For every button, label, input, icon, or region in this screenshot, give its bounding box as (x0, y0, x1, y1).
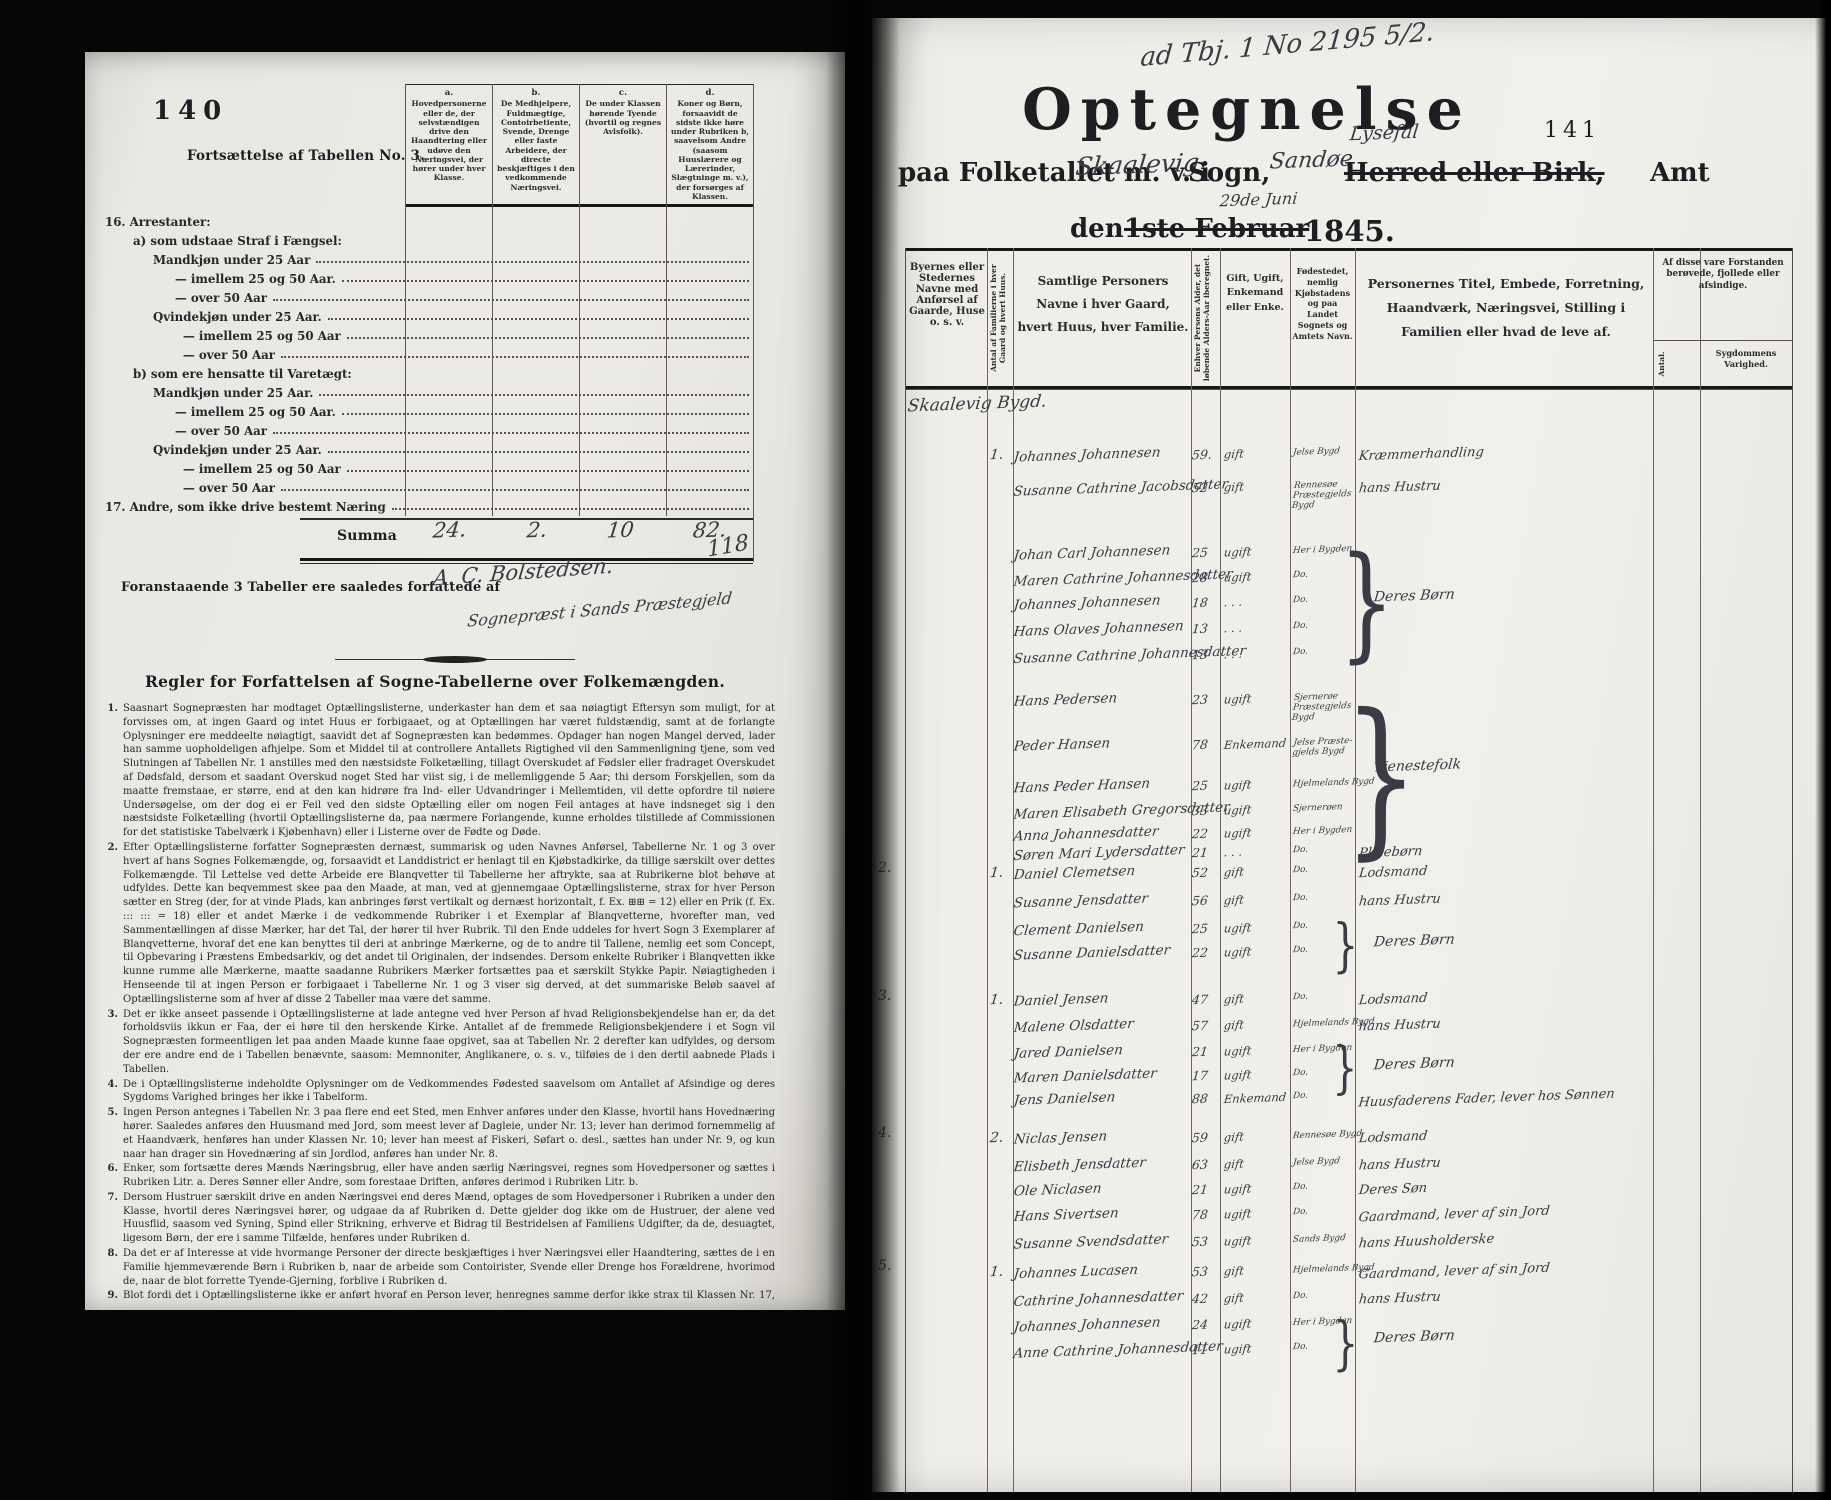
cell-family-number: 1. (989, 992, 1004, 1008)
cell-age: 78 (1191, 737, 1209, 753)
column-letter: b. (495, 88, 577, 98)
row-label: — imellem 25 og 50 Aar (105, 324, 753, 343)
dot-leader (319, 394, 749, 396)
cell-name: Hans Sivertsen (1013, 1205, 1120, 1225)
cell-occupation: Deres Søn (1358, 1181, 1428, 1198)
group-label: Tjenestefolk (1373, 756, 1462, 775)
column-header: b. De Medhjelpere, Fuldmægtige, Contoirb… (492, 86, 580, 202)
row-label: Qvindekjøn under 25 Aar. (105, 438, 753, 457)
dot-leader (273, 432, 749, 434)
cell-name: Jens Danielsen (1013, 1089, 1116, 1109)
cell-occupation: Kræmmerhandling (1358, 445, 1485, 464)
subtitle-amt: Amt (1650, 158, 1710, 188)
cell-status: gift (1223, 480, 1244, 495)
scanned-census-spread: 140 Fortsættelse af Tabellen No. 3. a. H… (0, 0, 1831, 1500)
cell-occupation: Lodsmand (1358, 1129, 1428, 1146)
cell-status: gift (1223, 992, 1244, 1007)
summa-label: Summa (337, 528, 397, 544)
row-label-text: a) som udstaae Straf i Fængsel: (133, 234, 342, 248)
row-label-text: — imellem 25 og 50 Aar. (175, 272, 336, 286)
rule-text: Dersom Hustruer særskilt drive en anden … (123, 1192, 775, 1244)
cell-status: gift (1223, 1018, 1244, 1033)
cell-status: gift (1223, 1291, 1244, 1306)
summa-top-rule (300, 518, 753, 520)
dot-leader (328, 451, 749, 453)
rule-item: 6. Enker, som fortsætte deres Mænds Næri… (99, 1162, 775, 1190)
group-label: Deres Børn (1373, 1055, 1456, 1074)
cell-name: Cathrine Johannesdatter (1013, 1288, 1184, 1310)
row-label: 17. Andre, som ikke drive bestemt Næring (105, 495, 753, 514)
cell-age: 25 (1191, 921, 1209, 937)
census-row: Elisbeth Jensdatter 63 gift Jelse Bygd h… (872, 1157, 1831, 1181)
header-insane: Af disse vare Forstanden berøvede, fjoll… (1657, 258, 1789, 292)
cell-age: 24 (1191, 1317, 1209, 1333)
column-header-text: De under Klassen hørende Tyende (hvortil… (585, 99, 661, 136)
dot-leader (281, 489, 749, 491)
census-row: Ole Niclasen 21 ugift Do. Deres Søn (872, 1182, 1831, 1206)
cell-birthplace: Do. (1292, 921, 1308, 932)
handwritten-correction: Lysefal (1349, 121, 1420, 145)
cell-name: Anna Johannesdatter (1013, 823, 1159, 844)
dot-leader (316, 261, 749, 263)
cell-age: 78 (1191, 1207, 1209, 1223)
group-label: Deres Børn (1373, 932, 1456, 951)
subtitle-year: 1845. (1304, 214, 1395, 248)
cell-status: ugift (1223, 545, 1252, 560)
cell-birthplace: Do. (1292, 1207, 1308, 1218)
cell-age: 21 (1191, 1044, 1209, 1060)
cell-status: ugift (1223, 1234, 1252, 1249)
cell-family-number: 2. (989, 1130, 1004, 1146)
column-header: c. De under Klassen hørende Tyende (hvor… (579, 86, 667, 202)
handwritten-district: Sandøe (1269, 147, 1355, 175)
census-row: 1. Johannes Lucasen 53 gift Hjelmelands … (872, 1264, 1831, 1288)
rule-item: 1. Saasnart Sognepræsten har modtaget Op… (99, 702, 775, 840)
handwritten-date: 29de Juni (1219, 189, 1299, 211)
dot-leader (342, 280, 749, 282)
cell-name: Johannes Lucasen (1013, 1262, 1139, 1282)
cell-family-number: 1. (989, 1264, 1004, 1280)
subtitle-sogn: Sogn, (1188, 158, 1270, 188)
family-number: 4. (878, 1125, 891, 1141)
cell-occupation: hans Hustru (1358, 1017, 1441, 1035)
group-label: Deres Børn (1373, 587, 1456, 606)
cell-occupation: hans Hustru (1358, 479, 1441, 497)
cell-birthplace: Rennesøe Bygd (1292, 1129, 1362, 1142)
cell-name: Daniel Jensen (1013, 990, 1109, 1009)
census-row: Susanne Svendsdatter 53 ugift Sands Bygd… (872, 1234, 1831, 1258)
group-brace (1327, 1309, 1364, 1377)
rule-text: Det er ikke anseet passende i Optællings… (123, 1009, 775, 1075)
dot-leader (328, 318, 749, 320)
rule-text: Da det er af Interesse at vide hvormange… (123, 1248, 775, 1287)
summa-value: 2. (526, 518, 549, 543)
cell-birthplace: Do. (1292, 865, 1308, 876)
census-row: 1. Daniel Jensen 47 gift Do. Lodsmand (872, 992, 1831, 1016)
archival-annotation: ad Tbj. 1 No 2195 5/2. (1139, 17, 1436, 73)
header-families-count: Antal af Familierne i hver Gaard og hver… (990, 254, 1007, 382)
cell-status: . . . (1223, 845, 1243, 860)
row-label-text: — over 50 Aar (175, 424, 267, 438)
cell-name: Malene Olsdatter (1013, 1016, 1135, 1036)
cell-age: 22 (1191, 826, 1209, 842)
rule-number: 8. (99, 1247, 118, 1261)
cell-age: 47 (1191, 992, 1209, 1008)
cell-status: ugift (1223, 1044, 1252, 1059)
cell-name: Johan Carl Johannesen (1013, 542, 1171, 563)
row-label-text: Mandkjøn under 25 Aar (153, 253, 310, 267)
summa-value: 24. (432, 517, 468, 542)
row-label-text: b) som ere hensatte til Varetægt: (133, 367, 352, 381)
cell-birthplace: Do. (1292, 570, 1308, 581)
header-age: Enhver Persons Alder, det løbende Alders… (1194, 254, 1211, 382)
cell-age: 21 (1191, 1182, 1209, 1198)
header-names: Samtlige Personers Navne i hver Gaard, h… (1017, 270, 1189, 338)
cell-birthplace: Do. (1292, 945, 1308, 956)
cell-occupation: Huusfaderens Fader, lever hos Sønnen (1358, 1087, 1616, 1111)
cell-name: Jared Danielsen (1013, 1042, 1124, 1062)
cell-occupation: Gaardmand, lever af sin Jord (1358, 1204, 1551, 1226)
census-row: 1. Johannes Johannesen 59. gift Jelse By… (872, 447, 1831, 471)
cell-name: Clement Danielsen (1013, 919, 1145, 940)
cell-status: gift (1223, 893, 1244, 908)
cell-name: Maren Danielsdatter (1013, 1066, 1158, 1087)
rules-heading: Regler for Forfattelsen af Sogne-Tabelle… (85, 672, 785, 691)
section-divider (335, 656, 575, 663)
cell-status: ugift (1223, 1317, 1252, 1332)
subheader-rule (1653, 340, 1792, 341)
rule-item: 8. Da det er af Interesse at vide hvorma… (99, 1247, 775, 1288)
divider-ornament (423, 656, 487, 663)
cell-status: ugift (1223, 803, 1252, 818)
cell-name: Johannes Johannesen (1013, 1314, 1161, 1335)
row-label-text: — imellem 25 og 50 Aar (183, 462, 341, 476)
cell-age: 13 (1191, 621, 1209, 637)
row-label-text: — over 50 Aar (183, 348, 275, 362)
arrestanter-rows: 16. Arrestanter: a) som udstaae Straf i … (105, 210, 753, 514)
cell-age: 17 (1191, 1068, 1209, 1084)
header-place: Byernes eller Stedernes Navne med Anførs… (908, 262, 986, 328)
rule-text: Enker, som fortsætte deres Mænds Nærings… (123, 1163, 775, 1188)
rule-text: Efter Optællingslisterne forfatter Sogne… (123, 842, 775, 1005)
cell-name: Hans Olaves Johannesen (1013, 618, 1185, 640)
rule-text: Ingen Person antegnes i Tabellen Nr. 3 p… (123, 1107, 775, 1159)
right-page: ad Tbj. 1 No 2195 5/2. Optegnelse 141 pa… (872, 18, 1831, 1492)
rules-list: 1. Saasnart Sognepræsten har modtaget Op… (99, 702, 775, 1302)
column-header: d. Koner og Børn, forsaavidt de sidste i… (666, 86, 754, 202)
row-label-text: 16. Arrestanter: (105, 215, 211, 229)
cell-status: . . . (1223, 595, 1243, 610)
census-row: Susanne Cathrine Jacobsdatter 52 gift Re… (872, 480, 1831, 504)
header-marital-status: Gift, Ugift, Enkemand eller Enke. (1223, 272, 1287, 315)
cell-age: 22 (1191, 945, 1209, 961)
cell-age: 56 (1191, 893, 1209, 909)
cell-age: 59 (1191, 1130, 1209, 1146)
cell-birthplace: Do. (1292, 1068, 1308, 1079)
rule-number: 5. (99, 1106, 118, 1120)
left-page: 140 Fortsættelse af Tabellen No. 3. a. H… (85, 52, 845, 1310)
row-label-text: — over 50 Aar (175, 291, 267, 305)
cell-status: . . . (1223, 621, 1243, 636)
cell-status: gift (1223, 1130, 1244, 1145)
cell-status: gift (1223, 447, 1244, 462)
row-label: — over 50 Aar (105, 419, 753, 438)
cell-age: 21 (1191, 845, 1209, 861)
census-table-header-rule (905, 386, 1792, 390)
header-illness-duration: Sygdommens Varighed. (1704, 348, 1788, 369)
scan-edge (1815, 0, 1831, 1500)
rule-item: 2. Efter Optællingslisterne forfatter So… (99, 841, 775, 1007)
column-letter: a. (408, 88, 490, 98)
cell-name: Susanne Svendsdatter (1013, 1231, 1169, 1252)
handwritten-parish: Skaalevig (1074, 148, 1201, 181)
table-caption: Fortsættelse af Tabellen No. 3. (187, 148, 425, 164)
cell-age: 53 (1191, 1264, 1209, 1280)
subtitle-den: den (1070, 214, 1124, 244)
cell-birthplace: Rennesøe Præstegjelds Bygd (1291, 479, 1353, 511)
cell-name: Susanne Cathrine Johannesdatter (1013, 643, 1247, 667)
cell-status: . . . (1223, 647, 1243, 662)
cell-age: 53 (1191, 1234, 1209, 1250)
page-number-left: 140 (153, 96, 228, 126)
group-brace (1327, 678, 1435, 876)
signature-title: Sognepræst i Sands Præstegjeld (466, 588, 733, 630)
cell-birthplace: Do. (1292, 992, 1308, 1003)
cell-status: ugift (1223, 1182, 1252, 1197)
cell-birthplace: Do. (1292, 1291, 1308, 1302)
cell-birthplace: Do. (1292, 621, 1308, 632)
cell-age: 11 (1191, 1342, 1209, 1358)
family-number: 2. (878, 860, 891, 876)
row-label: Mandkjøn under 25 Aar (105, 248, 753, 267)
row-label-text: 17. Andre, som ikke drive bestemt Næring (105, 500, 386, 514)
dot-leader (273, 299, 749, 301)
dot-leader (342, 413, 749, 415)
column-header: a. Hovedpersonerne eller de, der selvstæ… (405, 86, 493, 202)
cell-birthplace: Jelse Bygd (1292, 446, 1340, 458)
cell-name: Ole Niclasen (1013, 1180, 1102, 1199)
rule-number: 7. (99, 1191, 118, 1205)
row-label: Mandkjøn under 25 Aar. (105, 381, 753, 400)
cell-age: 25 (1191, 778, 1209, 794)
cell-name: Susanne Danielsdatter (1013, 942, 1171, 963)
column-header-text: Koner og Børn, forsaavidt de sidste ikke… (671, 99, 749, 201)
rule-item: 9. Blot fordi det i Optællingslisterne i… (99, 1289, 775, 1302)
cell-age: 88 (1191, 1091, 1209, 1107)
cell-age: 52 (1191, 865, 1209, 881)
cell-status: gift (1223, 865, 1244, 880)
row-label-text: Qvindekjøn under 25 Aar. (153, 310, 322, 324)
rule-text: Saasnart Sognepræsten har modtaget Optæl… (123, 703, 775, 838)
rule-number: 1. (99, 702, 118, 716)
cell-occupation: hans Huusholderske (1358, 1232, 1495, 1252)
family-number: 5. (878, 1258, 891, 1274)
row-label-text: Mandkjøn under 25 Aar. (153, 386, 313, 400)
cell-occupation: Gaardmand, lever af sin Jord (1358, 1261, 1551, 1283)
summa-value: 10 (606, 518, 635, 543)
row-label: — imellem 25 og 50 Aar. (105, 267, 753, 286)
cell-status: ugift (1223, 1068, 1252, 1083)
group-label: Deres Børn (1373, 1328, 1456, 1347)
cell-occupation: hans Hustru (1358, 1290, 1441, 1308)
header-occupation: Personernes Titel, Embede, Forretning, H… (1361, 272, 1651, 343)
row-label: a) som udstaae Straf i Fængsel: (105, 229, 753, 248)
dot-leader (347, 470, 749, 472)
cell-birthplace: Do. (1292, 1342, 1308, 1353)
cell-occupation: Lodsmand (1358, 991, 1428, 1008)
rule-number: 2. (99, 841, 118, 855)
cell-birthplace: Do. (1292, 1091, 1308, 1102)
cell-occupation: hans Hustru (1358, 892, 1441, 910)
handwritten-place: Skaalevig Bygd. (907, 392, 1048, 417)
cell-age: 18 (1191, 595, 1209, 611)
row-label: — over 50 Aar (105, 343, 753, 362)
cell-status: Enkemand (1223, 1090, 1287, 1106)
strikethrough-date: 1ste Februar (1124, 214, 1309, 244)
dot-leader (281, 356, 749, 358)
cell-name: Søren Mari Lydersdatter (1013, 842, 1186, 864)
rule-text: Blot fordi det i Optællingslisterne ikke… (123, 1290, 775, 1302)
group-brace (1327, 911, 1364, 979)
rule-item: 5. Ingen Person antegnes i Tabellen Nr. … (99, 1106, 775, 1161)
cell-birthplace: Do. (1292, 595, 1308, 606)
cell-status: Enkemand (1223, 736, 1287, 752)
census-row: 2. Niclas Jensen 59 gift Rennesøe Bygd L… (872, 1130, 1831, 1154)
cell-status: ugift (1223, 692, 1252, 707)
row-label-text: — imellem 25 og 50 Aar. (175, 405, 336, 419)
cell-name: Johannes Johannesen (1013, 444, 1161, 465)
dot-leader (347, 337, 749, 339)
row-label: — over 50 Aar (105, 476, 753, 495)
cell-age: 13 (1191, 647, 1209, 663)
row-label: — imellem 25 og 50 Aar (105, 457, 753, 476)
cell-birthplace: Jelse Bygd (1292, 1156, 1340, 1168)
cell-occupation: hans Hustru (1358, 1156, 1441, 1174)
rule-item: 4. De i Optællingslisterne indeholdte Op… (99, 1078, 775, 1106)
cell-status: ugift (1223, 1342, 1252, 1357)
row-label: b) som ere hensatte til Varetægt: (105, 362, 753, 381)
row-label: — over 50 Aar (105, 286, 753, 305)
cell-age: 33 (1191, 803, 1209, 819)
census-row: Hans Sivertsen 78 ugift Do. Gaardmand, l… (872, 1207, 1831, 1231)
rule-number: 6. (99, 1162, 118, 1176)
cell-name: Niclas Jensen (1013, 1128, 1108, 1147)
row-label-text: — over 50 Aar (183, 481, 275, 495)
cell-name: Hans Pedersen (1013, 690, 1118, 710)
rule-number: 9. (99, 1289, 118, 1302)
cell-birthplace: Do. (1292, 845, 1308, 856)
cell-birthplace: Sands Bygd (1292, 1233, 1346, 1245)
strikethrough-text: Herred eller Birk, (1344, 158, 1604, 188)
cell-age: 63 (1191, 1157, 1209, 1173)
row-label: — imellem 25 og 50 Aar. (105, 400, 753, 419)
cell-status: ugift (1223, 826, 1252, 841)
rule-item: 3. Det er ikke anseet passende i Optælli… (99, 1008, 775, 1077)
row-label: Qvindekjøn under 25 Aar. (105, 305, 753, 324)
cell-status: ugift (1223, 945, 1252, 960)
cell-birthplace: Do. (1292, 893, 1308, 904)
cell-name: Susanne Jensdatter (1013, 891, 1149, 912)
row-label-text: — imellem 25 og 50 Aar (183, 329, 341, 343)
header-birthplace: Fødestedet, nemlig Kjøbstadens og paa La… (1292, 266, 1353, 342)
cell-status: ugift (1223, 570, 1252, 585)
cell-name: Daniel Clemetsen (1013, 863, 1136, 883)
cell-family-number: 1. (989, 865, 1004, 881)
cell-status: gift (1223, 1157, 1244, 1172)
dot-leader (392, 508, 749, 510)
rule-item: 7. Dersom Hustruer særskilt drive en and… (99, 1191, 775, 1246)
cell-age: 59. (1191, 447, 1213, 463)
table-rule (753, 84, 754, 562)
page-number-right: 141 (1544, 118, 1601, 143)
rule-number: 3. (99, 1008, 118, 1022)
column-header-text: De Medhjelpere, Fuldmægtige, Contoirbeti… (497, 99, 575, 191)
column-header-text: Hovedpersonerne eller de, der selvstændi… (411, 99, 487, 182)
cell-name: Peder Hansen (1013, 735, 1111, 754)
page-title: Optegnelse (962, 76, 1532, 143)
cell-status: ugift (1223, 778, 1252, 793)
family-number: 3. (878, 988, 891, 1004)
group-brace (1327, 1036, 1363, 1101)
cell-status: ugift (1223, 1207, 1252, 1222)
rule-number: 4. (99, 1078, 118, 1092)
row-label-text: Qvindekjøn under 25 Aar. (153, 443, 322, 457)
cell-family-number: 1. (989, 447, 1004, 463)
cell-status: ugift (1223, 921, 1252, 936)
cell-age: 42 (1191, 1291, 1209, 1307)
cell-birthplace: Do. (1292, 1182, 1308, 1193)
cell-name: Hans Peder Hansen (1013, 776, 1151, 797)
row-label: 16. Arrestanter: (105, 210, 753, 229)
cell-age: 23 (1191, 692, 1209, 708)
cell-status: gift (1223, 1264, 1244, 1279)
cell-age: 52 (1191, 480, 1209, 496)
cell-age: 25 (1191, 545, 1209, 561)
header-insane-count: Antal. (1658, 344, 1667, 384)
cell-name: Johannes Johannesen (1013, 592, 1161, 613)
column-letter: d. (669, 88, 751, 98)
cell-name: Elisbeth Jensdatter (1013, 1155, 1147, 1176)
cell-age: 57 (1191, 1018, 1209, 1034)
cell-birthplace: Do. (1292, 647, 1308, 658)
column-letter: c. (582, 88, 664, 98)
rule-text: De i Optællingslisterne indeholdte Oplys… (123, 1079, 775, 1104)
cell-age: 28 (1191, 570, 1209, 586)
census-table-top-rule (905, 248, 1792, 251)
